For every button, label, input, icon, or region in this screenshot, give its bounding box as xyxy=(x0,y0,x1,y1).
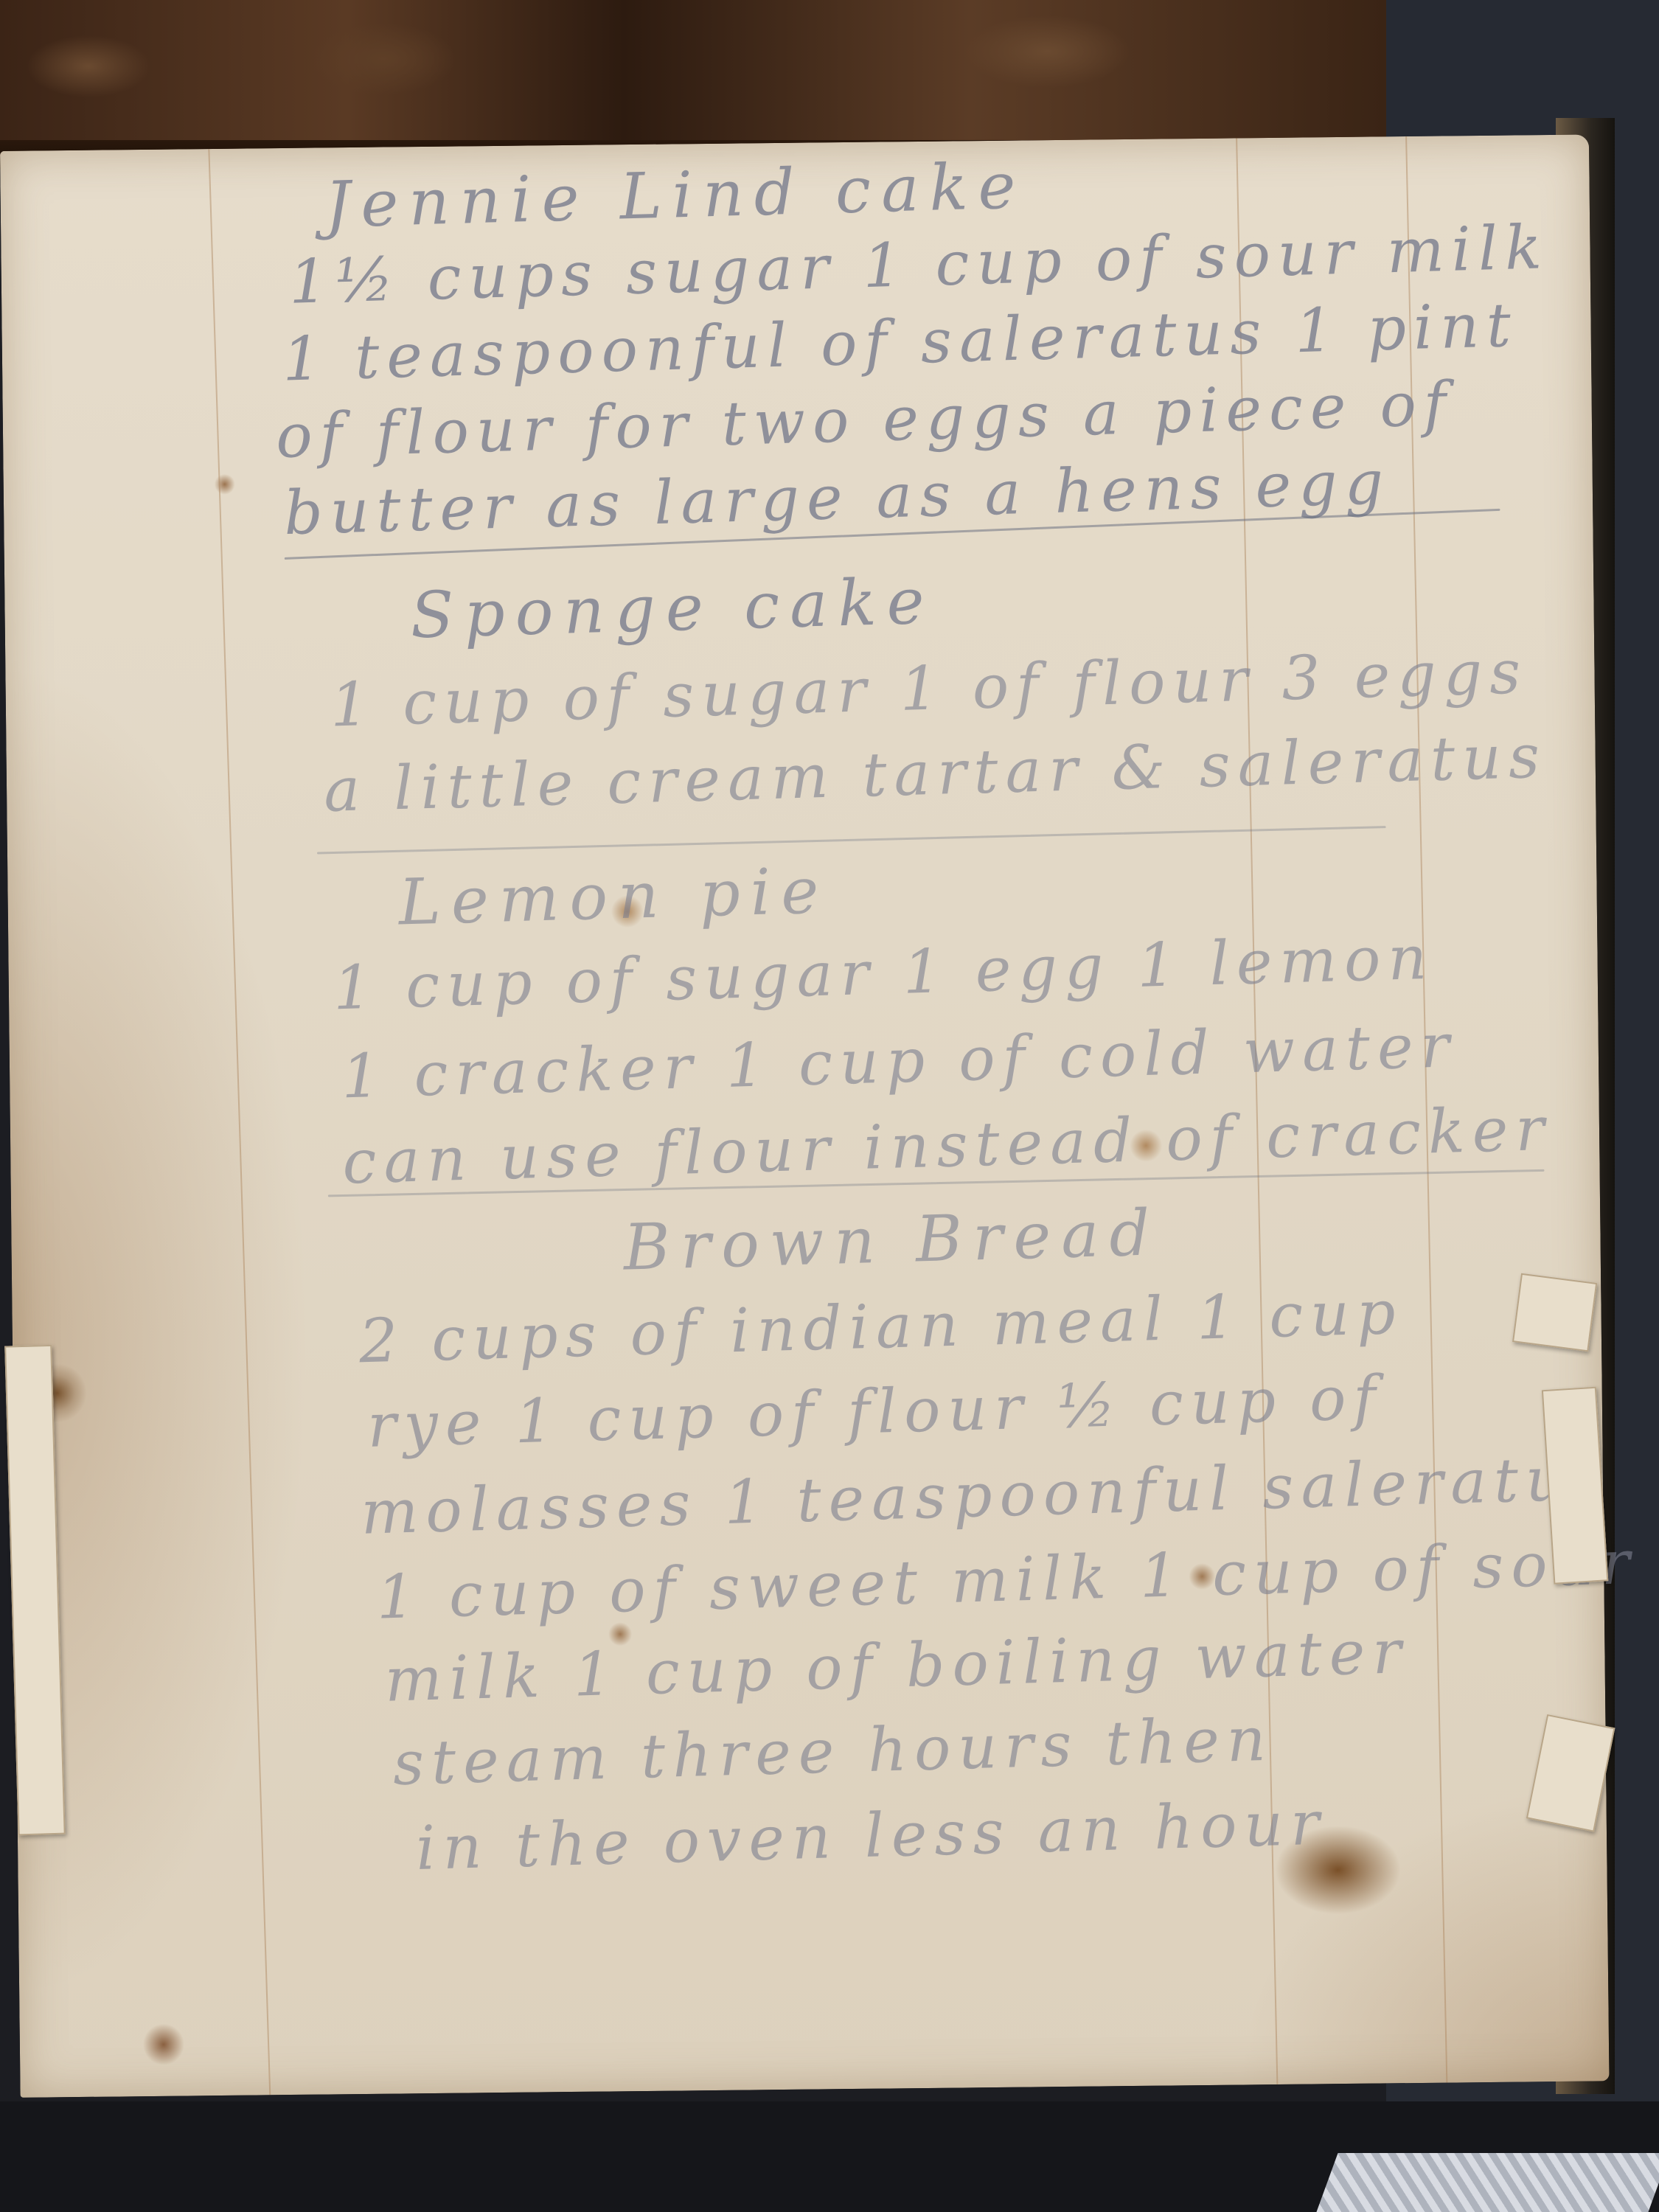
recipe-line: rye 1 cup of flour ½ cup of xyxy=(366,1363,1384,1461)
left-margin-line xyxy=(208,149,271,2095)
torn-paper-fragment xyxy=(1512,1273,1597,1352)
recipe-title-lemon-pie: Lemon pie xyxy=(397,854,829,939)
silver-lace-fabric xyxy=(1316,2153,1659,2212)
torn-paper-fragment xyxy=(1542,1387,1608,1585)
recipe-divider xyxy=(317,826,1386,854)
recipe-line: 1 cup of sugar 1 egg 1 lemon xyxy=(333,923,1436,1024)
recipe-line: 1 cracker 1 cup of cold water xyxy=(341,1011,1458,1112)
recipe-line: 2 cups of indian meal 1 cup xyxy=(358,1278,1404,1377)
notebook-page: Jennie Lind cake 1½ cups sugar 1 cup of … xyxy=(0,134,1610,2097)
recipe-title-brown-bread: Brown Bread xyxy=(622,1196,1161,1284)
recipe-title-sponge-cake: Sponge cake xyxy=(409,565,935,653)
recipe-title-jennie-lind-cake: Jennie Lind cake xyxy=(324,149,1026,243)
recipe-line: in the oven less an hour xyxy=(415,1789,1328,1884)
recipe-line: molasses 1 teaspoonful saleratus xyxy=(360,1443,1611,1548)
torn-paper-fragment xyxy=(1526,1714,1615,1832)
recipe-line: 1 cup of sweet milk 1 cup of sour xyxy=(375,1528,1638,1633)
recipe-line: 1 cup of sugar 1 of flour 3 eggs xyxy=(330,637,1529,740)
recipe-line: a little cream tartar & saleratus xyxy=(323,722,1548,826)
recipe-line: milk 1 cup of boiling water xyxy=(384,1617,1410,1716)
recipe-line: steam three hours then xyxy=(392,1705,1274,1799)
torn-paper-fragment-left xyxy=(4,1345,66,1836)
